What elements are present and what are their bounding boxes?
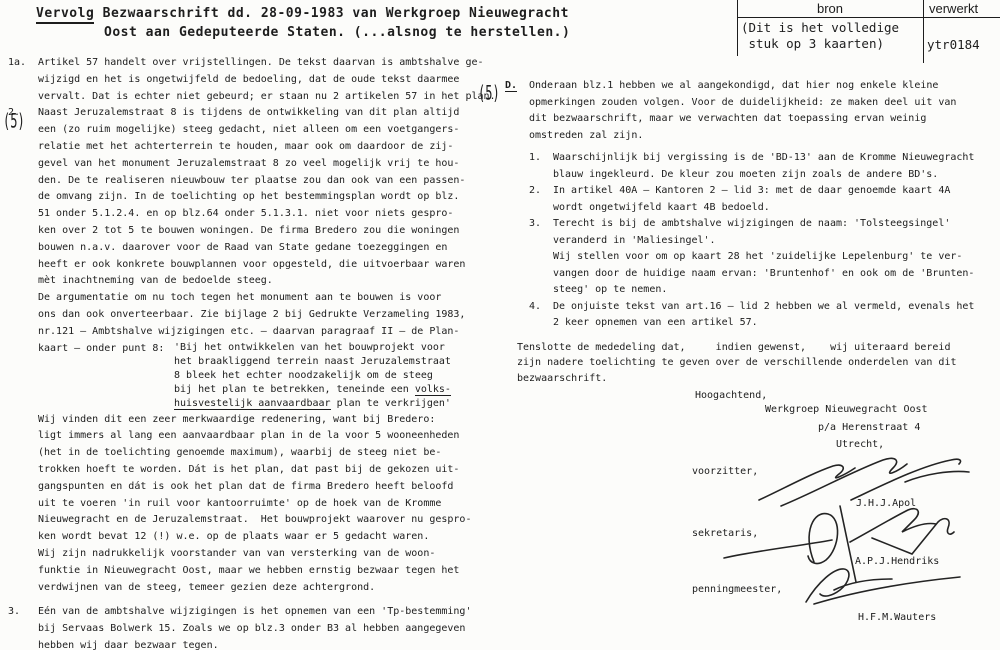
remark-3-text: Terecht is bij de ambtshalve wijzigingen… [553, 216, 974, 299]
signature-wauters [800, 558, 970, 608]
remark-1-number: 1. [529, 150, 553, 167]
signer-name-hendriks: A.P.J.Hendriks [855, 556, 939, 567]
remark-1: 1. Waarschijnlijk bij vergissing is de '… [529, 150, 997, 183]
address-line-2: Utrecht, [836, 439, 884, 450]
remark-3-number: 3. [529, 216, 553, 233]
remarks-list: 1. Waarschijnlijk bij vergissing is de '… [529, 150, 997, 332]
signature-hendriks [720, 500, 980, 584]
title-line-1: Vervolg Bezwaarschrift dd. 28-09-1983 va… [36, 4, 570, 23]
quote-line-4: bij het plan te betrekken, teneinde een … [174, 384, 451, 396]
quote-line-4-underlined: volks- [415, 384, 451, 396]
quote-intro: kaart – onder punt 8: [38, 341, 174, 358]
remark-2: 2. In artikel 40A – Kantoren 2 – lid 3: … [529, 183, 997, 216]
remark-2-text: In artikel 40A – Kantoren 2 – lid 3: met… [553, 183, 950, 216]
stamp-box-divider [923, 0, 924, 63]
quote-line-5-underlined: huisvestelijk aanvaardbaar [174, 398, 331, 410]
section-d: D. Onderaan blz.1 hebben we al aangekond… [505, 78, 997, 144]
quote-line-5-post: plan te verkrijgen' [331, 398, 451, 409]
stamp-box-bron-label: bron [737, 1, 923, 16]
title-line-2: Oost aan Gedeputeerde Staten. (...alsnog… [36, 23, 570, 42]
closing-paragraph: Tenslotte de mededeling dat, indien gewe… [517, 340, 997, 387]
salutation: Hoogachtend, [695, 390, 767, 401]
remark-3: 3. Terecht is bij de ambtshalve wijzigin… [529, 216, 997, 299]
remark-4-number: 4. [529, 299, 553, 316]
title-underlined-word: Vervolg [36, 6, 94, 24]
item-3: 3. Eén van de ambtshalve wijzigingen is … [8, 604, 498, 650]
remark-4-text: De onjuiste tekst van art.16 – lid 2 heb… [553, 299, 974, 332]
signer-role-voorzitter: voorzitter, [692, 466, 758, 477]
organization-name: Werkgroep Nieuwegracht Oost [765, 404, 928, 415]
signer-role-penningmeester: penningmeester, [692, 584, 782, 595]
stamp-box: bron verwerkt (Dit is het volledige stuk… [735, 0, 1000, 64]
stamp-box-bron-value: (Dit is het volledige stuk op 3 kaarten) [741, 20, 899, 52]
signer-name-wauters: H.F.M.Wauters [858, 612, 936, 623]
item-3-number: 3. [8, 604, 38, 621]
stamp-box-verwerkt-value: ytr0184 [927, 37, 980, 52]
signature-apol [755, 448, 975, 508]
item-1a-number: 1a. [8, 55, 38, 72]
document-title: Vervolg Bezwaarschrift dd. 28-09-1983 va… [36, 4, 570, 42]
stamp-box-verwerkt-label: verwerkt [929, 1, 978, 16]
quote-line-3: 8 bleek het echter noodzakelijk om de st… [174, 370, 433, 381]
quote-block: 'Bij het ontwikkelen van het bouwprojekt… [174, 341, 451, 412]
signer-name-apol: J.H.J.Apol [856, 498, 916, 509]
signer-role-sekretaris: sekretaris, [692, 528, 758, 539]
address-line-1: p/a Herenstraat 4 [818, 422, 920, 433]
section-d-letter: D. [505, 80, 517, 92]
section-d-marker: D. [505, 78, 529, 95]
quote-line-5: huisvestelijk aanvaardbaar plan te verkr… [174, 398, 451, 410]
item-3-text: Eén van de ambtshalve wijzigingen is het… [38, 604, 471, 650]
quote-row: kaart – onder punt 8: 'Bij het ontwikkel… [38, 341, 498, 412]
section-d-intro: Onderaan blz.1 hebben we al aangekondigd… [529, 78, 956, 144]
item-2-number: 2. [8, 105, 38, 122]
remark-1-text: Waarschijnlijk bij vergissing is de 'BD-… [553, 150, 974, 183]
item-2-text-part2: Wij vinden dit een zeer merkwaardige red… [38, 412, 498, 597]
quote-line-2: het braakliggend terrein naast Jeruzalem… [174, 356, 451, 367]
remark-2-number: 2. [529, 183, 553, 200]
right-column: D. Onderaan blz.1 hebben we al aangekond… [505, 78, 997, 386]
stamp-box-header-rule [737, 17, 1000, 18]
item-1a: 1a. Artikel 57 handelt over vrijstelling… [8, 55, 498, 105]
quote-line-4-pre: bij het plan te betrekken, teneinde een [174, 384, 415, 395]
item-1a-text: Artikel 57 handelt over vrijstellingen. … [38, 55, 496, 105]
item-2: 2. Naast Jeruzalemstraat 8 is tijdens de… [8, 105, 498, 340]
left-column: 1a. Artikel 57 handelt over vrijstelling… [8, 55, 498, 650]
remark-4: 4. De onjuiste tekst van art.16 – lid 2 … [529, 299, 997, 332]
title-line-1-rest: Bezwaarschrift dd. 28-09-1983 van Werkgr… [94, 6, 569, 21]
document-page: Vervolg Bezwaarschrift dd. 28-09-1983 va… [0, 0, 1000, 650]
quote-line-1: 'Bij het ontwikkelen van het bouwprojekt… [174, 342, 445, 353]
item-2-text-part1: Naast Jeruzalemstraat 8 is tijdens de on… [38, 105, 465, 340]
